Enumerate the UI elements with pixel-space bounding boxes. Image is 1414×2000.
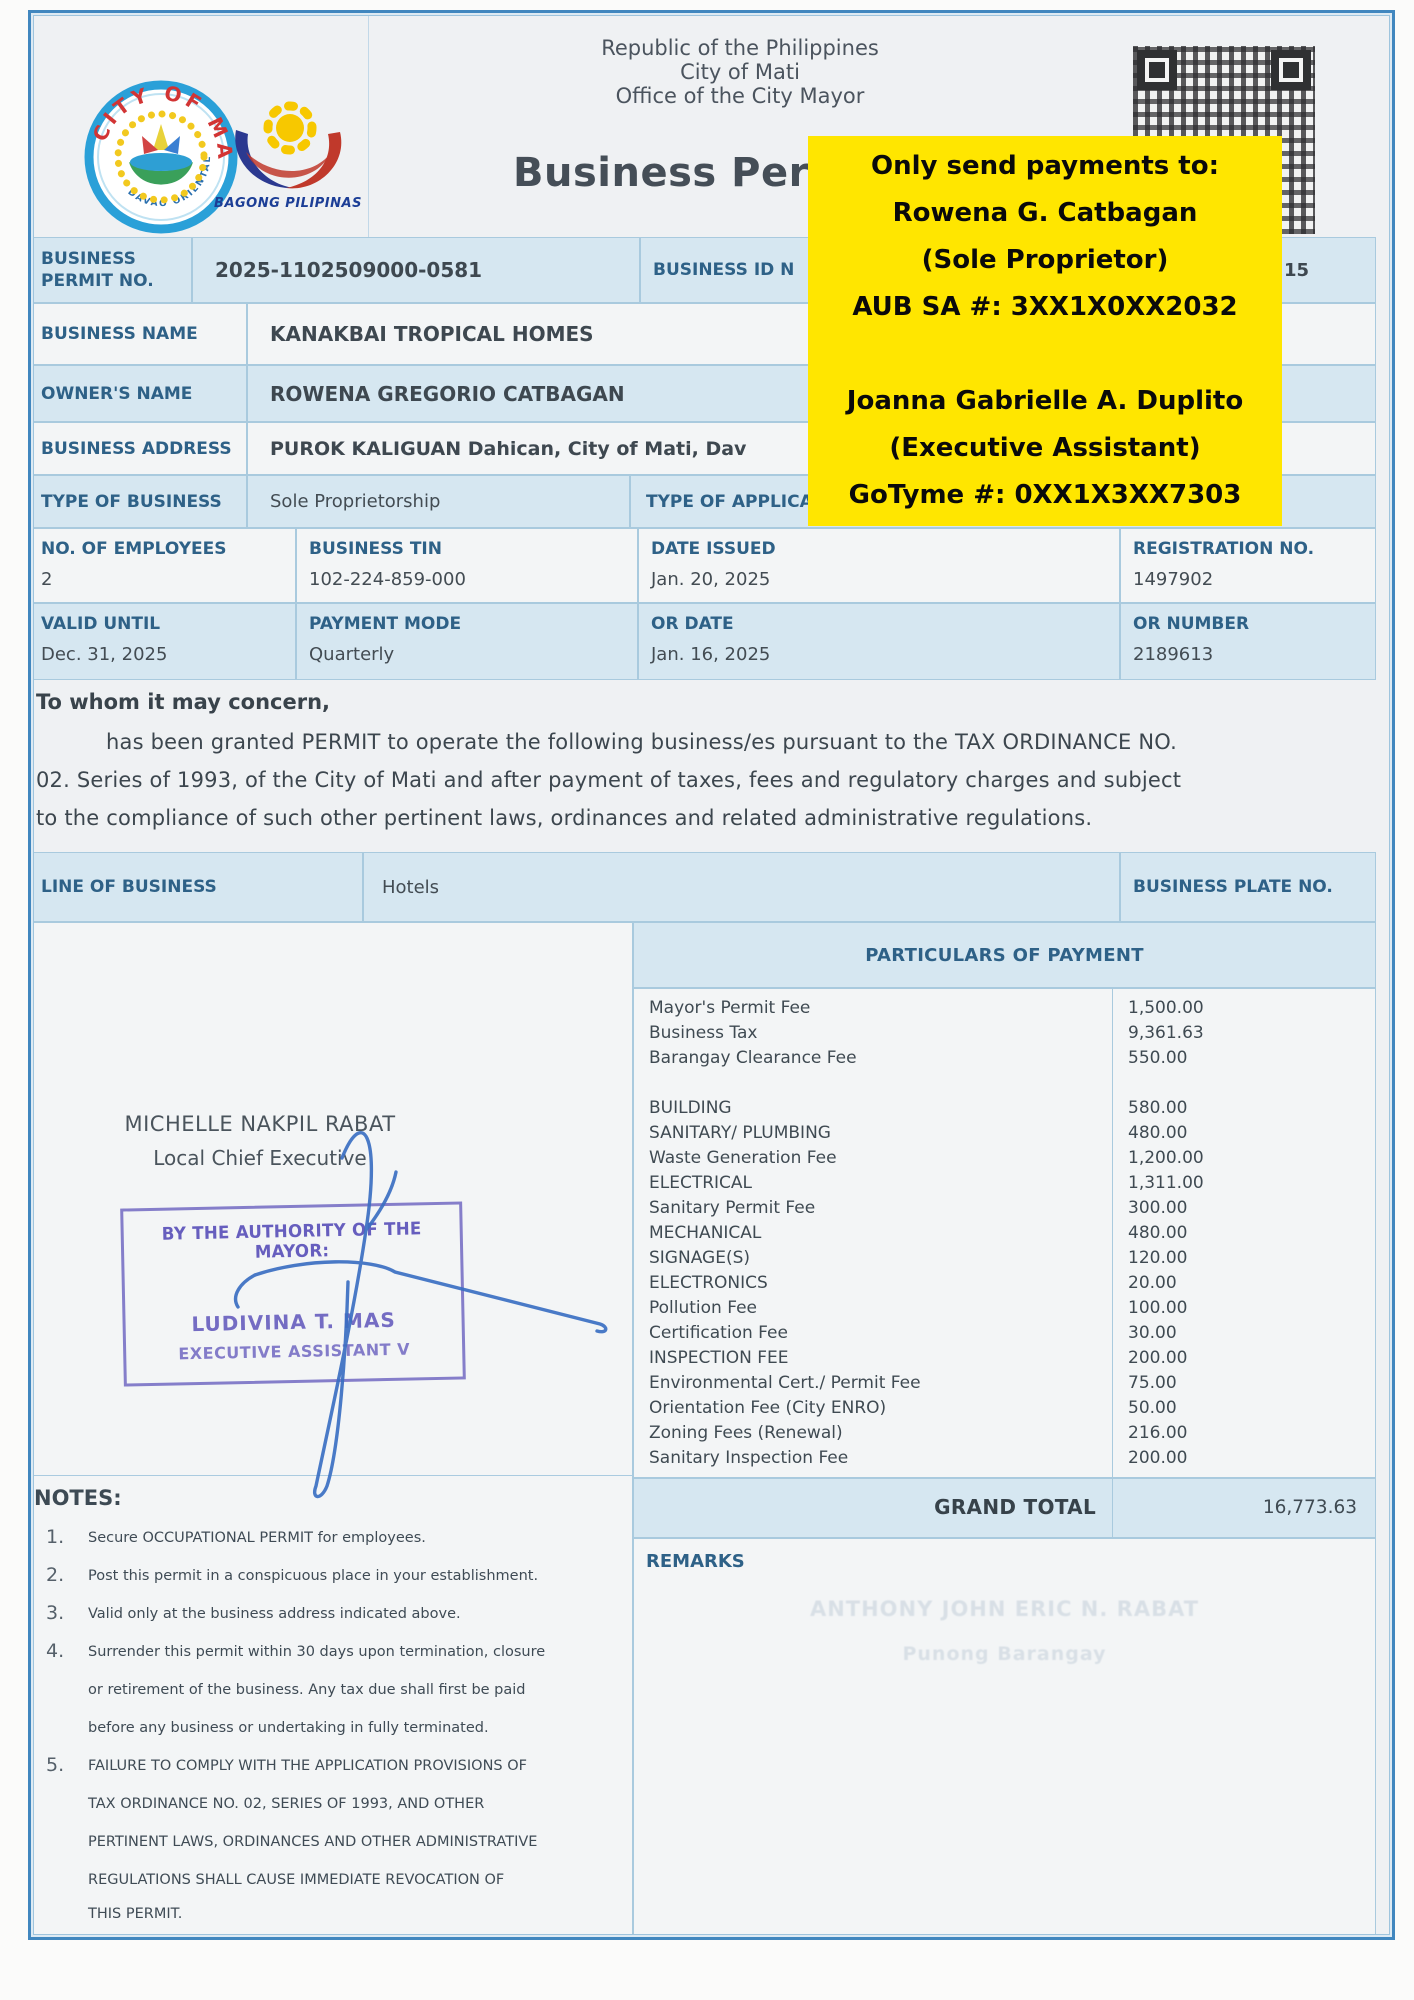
note-number: 1. <box>46 1526 64 1548</box>
permit-no-value-cell: 2025-1102509000-0581 <box>192 237 640 303</box>
date-issued-cell: DATE ISSUED Jan. 20, 2025 <box>638 528 1120 603</box>
valid-until-cell: VALID UNTIL Dec. 31, 2025 <box>28 603 296 680</box>
payment-mode-label: PAYMENT MODE <box>309 614 461 634</box>
fee-row: Certification Fee30.00 <box>633 1323 1376 1348</box>
body-paragraph-line2: 02. Series of 1993, of the City of Mati … <box>36 768 1381 792</box>
overlay-line: Rowena G. Catbagan <box>808 190 1282 237</box>
permit-no-label-cell: BUSINESSPERMIT NO. <box>28 237 192 303</box>
or-number-cell: OR NUMBER 2189613 <box>1120 603 1376 680</box>
line-of-business-value: Hotels <box>364 877 439 898</box>
note-text: or retirement of the business. Any tax d… <box>88 1682 526 1698</box>
pen-signature <box>80 1100 640 1520</box>
overlay-line <box>808 331 1282 378</box>
overlay-line: GoTyme #: 0XX1X3XX7303 <box>808 472 1282 519</box>
valid-until-label: VALID UNTIL <box>41 614 160 634</box>
body-paragraph-line3: to the compliance of such other pertinen… <box>36 806 1381 830</box>
fee-row: Mayor's Permit Fee1,500.00 <box>633 998 1376 1023</box>
note-number: 2. <box>46 1564 64 1586</box>
grand-total-row: GRAND TOTAL 16,773.63 <box>633 1478 1376 1538</box>
registration-no-cell: REGISTRATION NO. 1497902 <box>1120 528 1376 603</box>
business-tin-label: BUSINESS TIN <box>309 539 442 559</box>
owner-name-value: ROWENA GREGORIO CATBAGAN <box>248 382 625 406</box>
salutation: To whom it may concern, <box>36 690 330 714</box>
remarks-ghost-name: ANTHONY JOHN ERIC N. RABAT <box>634 1597 1375 1621</box>
type-of-business-value-cell: Sole Proprietorship <box>247 475 630 528</box>
qr-finder-icon <box>1137 50 1177 90</box>
date-issued-label: DATE ISSUED <box>651 539 776 559</box>
business-id-value-fragment: 15 <box>1284 260 1309 281</box>
letterhead-city: City of Mati <box>420 60 1060 84</box>
permit-no-label: BUSINESSPERMIT NO. <box>29 248 154 292</box>
body-paragraph-line1: has been granted PERMIT to operate the f… <box>36 730 1381 754</box>
remarks-box: REMARKS ANTHONY JOHN ERIC N. RABAT Punon… <box>633 1538 1376 1940</box>
fee-row: Environmental Cert./ Permit Fee75.00 <box>633 1373 1376 1398</box>
address-label-cell: BUSINESS ADDRESS <box>28 422 247 475</box>
fee-row: SIGNAGE(S)120.00 <box>633 1248 1376 1273</box>
business-plate-label: BUSINESS PLATE NO. <box>1121 877 1333 897</box>
line-of-business-value-cell: Hotels <box>363 852 1120 922</box>
business-plate-label-cell: BUSINESS PLATE NO. <box>1120 852 1376 922</box>
fee-row: ELECTRICAL1,311.00 <box>633 1173 1376 1198</box>
fee-row: Barangay Clearance Fee550.00 <box>633 1048 1376 1073</box>
note-number: 3. <box>46 1602 64 1624</box>
note-text: Valid only at the business address indic… <box>88 1606 461 1622</box>
letterhead-office: Office of the City Mayor <box>420 84 1060 108</box>
fee-row: BUILDING580.00 <box>633 1098 1376 1123</box>
note-text: before any business or undertaking in fu… <box>88 1720 489 1736</box>
overlay-line: Only send payments to: <box>808 143 1282 190</box>
bagong-pilipinas-label: BAGONG PILIPINAS <box>193 196 383 211</box>
fee-row: Sanitary Inspection Fee200.00 <box>633 1448 1376 1473</box>
note-number: 4. <box>46 1640 64 1662</box>
or-date-value: Jan. 16, 2025 <box>651 644 770 665</box>
address-label: BUSINESS ADDRESS <box>29 439 232 459</box>
fees-column-divider <box>1112 988 1113 1538</box>
fee-row: ELECTRONICS20.00 <box>633 1273 1376 1298</box>
note-text: Secure OCCUPATIONAL PERMIT for employees… <box>88 1530 426 1546</box>
letterhead: Republic of the Philippines City of Mati… <box>420 36 1060 108</box>
fee-row: MECHANICAL480.00 <box>633 1223 1376 1248</box>
business-tin-value: 102-224-859-000 <box>309 569 466 590</box>
overlay-line: (Sole Proprietor) <box>808 237 1282 284</box>
business-id-label: BUSINESS ID N <box>641 260 794 280</box>
bagong-pilipinas-logo-icon <box>222 92 352 196</box>
employees-label: NO. OF EMPLOYEES <box>41 539 227 559</box>
or-number-value: 2189613 <box>1133 644 1213 665</box>
line-of-business-label: LINE OF BUSINESS <box>29 877 217 897</box>
date-issued-value: Jan. 20, 2025 <box>651 569 770 590</box>
note-text: REGULATIONS SHALL CAUSE IMMEDIATE REVOCA… <box>88 1872 504 1888</box>
type-of-business-label: TYPE OF BUSINESS <box>29 492 222 512</box>
fee-row: Orientation Fee (City ENRO)50.00 <box>633 1398 1376 1423</box>
business-name-value: KANAKBAI TROPICAL HOMES <box>248 322 594 346</box>
business-name-label-cell: BUSINESS NAME <box>28 303 247 365</box>
payment-mode-cell: PAYMENT MODE Quarterly <box>296 603 638 680</box>
overlay-line: AUB SA #: 3XX1X0XX2032 <box>808 284 1282 331</box>
note-text: FAILURE TO COMPLY WITH THE APPLICATION P… <box>88 1758 527 1774</box>
or-date-cell: OR DATE Jan. 16, 2025 <box>638 603 1120 680</box>
fee-row: SANITARY/ PLUMBING480.00 <box>633 1123 1376 1148</box>
note-text: Post this permit in a conspicuous place … <box>88 1568 538 1584</box>
note-text: THIS PERMIT. <box>88 1906 182 1922</box>
owner-name-label: OWNER'S NAME <box>29 384 192 404</box>
fee-row: INSPECTION FEE200.00 <box>633 1348 1376 1373</box>
or-number-label: OR NUMBER <box>1133 614 1249 634</box>
type-of-business-value: Sole Proprietorship <box>248 491 440 512</box>
fee-row: Zoning Fees (Renewal)216.00 <box>633 1423 1376 1448</box>
type-of-business-label-cell: TYPE OF BUSINESS <box>28 475 247 528</box>
letterhead-republic: Republic of the Philippines <box>420 36 1060 60</box>
remarks-ghost-title: Punong Barangay <box>634 1643 1375 1665</box>
remarks-label: REMARKS <box>646 1551 745 1572</box>
grand-total-value: 16,773.63 <box>1113 1497 1377 1518</box>
payment-mode-value: Quarterly <box>309 644 394 665</box>
business-name-label: BUSINESS NAME <box>29 324 198 344</box>
note-text: TAX ORDINANCE NO. 02, SERIES OF 1993, AN… <box>88 1796 484 1812</box>
overlay-line: (Executive Assistant) <box>808 425 1282 472</box>
grand-total-label: GRAND TOTAL <box>634 1495 1096 1519</box>
note-text: PERTINENT LAWS, ORDINANCES AND OTHER ADM… <box>88 1834 537 1850</box>
type-of-application-label: TYPE OF APPLICA <box>631 492 813 512</box>
line-of-business-label-cell: LINE OF BUSINESS <box>28 852 363 922</box>
fee-row <box>633 1073 1376 1098</box>
fee-row: Pollution Fee100.00 <box>633 1298 1376 1323</box>
or-date-label: OR DATE <box>651 614 734 634</box>
registration-no-value: 1497902 <box>1133 569 1213 590</box>
fee-row: Business Tax9,361.63 <box>633 1023 1376 1048</box>
address-value: PUROK KALIGUAN Dahican, City of Mati, Da… <box>248 438 746 460</box>
particulars-header: PARTICULARS OF PAYMENT <box>633 922 1376 988</box>
business-tin-cell: BUSINESS TIN 102-224-859-000 <box>296 528 638 603</box>
qr-finder-icon <box>1271 50 1311 90</box>
employees-value: 2 <box>41 569 52 590</box>
fee-row: Sanitary Permit Fee300.00 <box>633 1198 1376 1223</box>
overlay-line: Joanna Gabrielle A. Duplito <box>808 378 1282 425</box>
note-text: Surrender this permit within 30 days upo… <box>88 1644 545 1660</box>
owner-name-label-cell: OWNER'S NAME <box>28 365 247 422</box>
particulars-title: PARTICULARS OF PAYMENT <box>865 945 1144 966</box>
employees-cell: NO. OF EMPLOYEES 2 <box>28 528 296 603</box>
valid-until-value: Dec. 31, 2025 <box>41 644 167 665</box>
permit-no-value: 2025-1102509000-0581 <box>193 258 482 282</box>
payment-instructions-overlay: Only send payments to: Rowena G. Catbaga… <box>808 136 1282 526</box>
fee-row: Waste Generation Fee1,200.00 <box>633 1148 1376 1173</box>
note-number: 5. <box>46 1754 64 1776</box>
registration-no-label: REGISTRATION NO. <box>1133 539 1314 559</box>
